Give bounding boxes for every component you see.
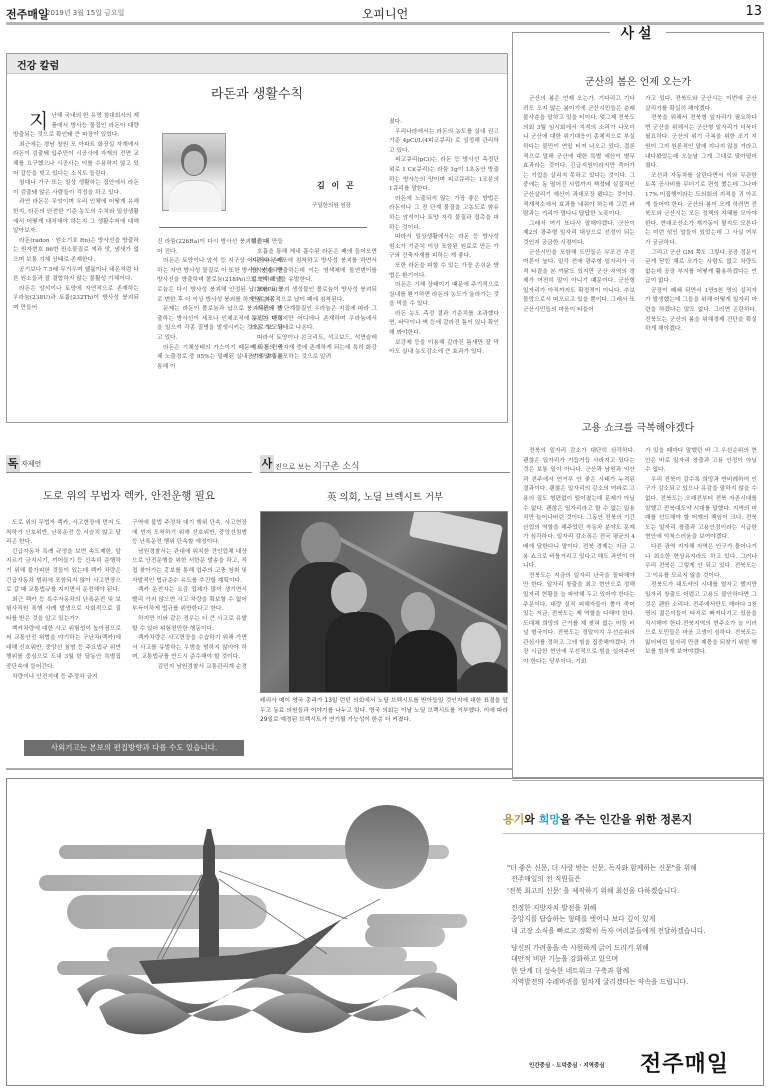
article-column-3: 뤄진다. 호흡을 통해 체내 흡수된 라돈은 폐에 들어오면 기관지나 폐포에 … [251,238,377,363]
author-role: 구일한의원 원장 [312,201,351,209]
newspaper-advertisement: 용기와 희망을 주는 인간을 위한 정론지 "더 좋은 신문, 더 사랑 받는 … [6,778,764,1086]
photo-news: 사 진으로 보는 지구촌 소식 英 의회, 노딜 브렉시트 거부 테리사 메이 … [260,455,510,775]
disclaimer-banner: 사외기고는 본보의 편집방향과 다를 수도 있습니다. [24,740,244,756]
photo-title: 英 의회, 노딜 브렉시트 거부 [260,489,510,503]
health-column: 건강 칼럼 라돈과 생활수칙 김 이 곤 구일한의원 원장 지난해 국내의 한 … [6,53,508,423]
ad-paragraph-1: "더 좋은 신문, 더 사랑 받는 신문, 독자와 함께하는 신문"을 위해 전… [507,863,757,897]
news-photo [260,511,508,693]
health-column-bar: 건강 칼럼 [7,54,507,74]
ad-tagline: 인간중심 · 도덕중심 · 지역중심 [529,1061,605,1069]
ad-paragraph-3: 당신의 가려움을 속 시원하게 긁어 드리기 위해 대안적 비판 기능을 강화하… [511,943,761,989]
editorial-header: 사설 [513,23,763,43]
author-name: 김 이 곤 [317,180,356,191]
reader-column-2: 구역에 불법 주정차 대기 행위 단속, 사고현장에 먼저 도착하기 위해 신호… [132,519,247,673]
editorial-section: 사설 군산의 봄은 언제 오는가 군산의 봄은 언제 오는가. 기다리고 기다려… [512,32,764,778]
masthead: 전주매일 2019년 3월 15일 금요일 오피니언 13 [6,2,764,24]
editorial-2-column-2: 가 있을 때마다 말했던 바 그 우선순위의 현안은 바로 일자리 창출과 고용… [645,447,757,658]
photo-section-bar: 사 진으로 보는 지구촌 소식 [260,455,510,473]
article-column-1: 지난해 국내의 한 유명 침대회사의 제품에서 방사능 물질인 라돈이 대량 방… [13,112,139,313]
editorial-title-1: 군산의 봄은 언제 오는가 [513,73,763,88]
newspaper-logo: 전주매일 [640,1047,729,1078]
article-column-4: 졌다. 우리나라에서는 라돈의 농도를 실내 권고 기준 4pCi/L(4피코큐… [389,118,499,358]
drop-cap: 지 [29,112,48,130]
reader-column: 독 자제언 도로 위의 무법자 렉카, 안전운행 필요 도로 위의 무법자 렉카… [6,455,252,765]
editorial-2-column-1: 전북의 일자리 감소가 대단히 심각하다. 괜찮은 일자리가 거듭거듭 사라지고… [523,447,635,668]
ad-slogan: 용기와 희망을 주는 인간을 위한 정론지 [503,811,692,827]
divider [6,768,512,770]
editorial-1-column-2: 가고 있다. 전북도와 군산시는 이번에 군산 살리기를 확실히 해야겠다. 전… [645,95,757,335]
column-tag: 건강 칼럼 [17,57,59,72]
article-title: 라돈과 생활수칙 [7,83,507,102]
editorial-1-column-1: 군산의 봄은 언제 오는가. 기다리고 기다려도 오지 않는 봄이기에 군산시민… [523,95,635,316]
section-title: 오피니언 [6,5,764,22]
photo-caption: 테리사 메이 영국 총리가 13일 런던 의회에서 노딜 브렉시트를 받아들일 … [260,697,508,726]
ad-paragraph-2: 진정한 지방자치 발전을 위해 중앙지를 답습하는 형태를 벗어나 보다 깊이 … [511,903,761,937]
divider [503,833,765,834]
reader-column-1: 도로 위의 무법자 렉카, 사고현장에 먼저 도착하기 신호위반, 난폭운전 등… [6,519,121,682]
byline: 김민지 남원경찰서 교통관리계 순경 [132,663,247,673]
divider [159,227,367,228]
ship-illustration-icon [7,779,487,1087]
editorial-title-2: 고용 쇼크를 극복해야겠다 [513,419,763,434]
page-number: 13 [745,4,762,19]
article-title: 도로 위의 무법자 렉카, 안전운행 필요 [6,488,252,503]
author-portrait [162,133,226,211]
reader-section-bar: 독 자제언 [6,455,252,473]
